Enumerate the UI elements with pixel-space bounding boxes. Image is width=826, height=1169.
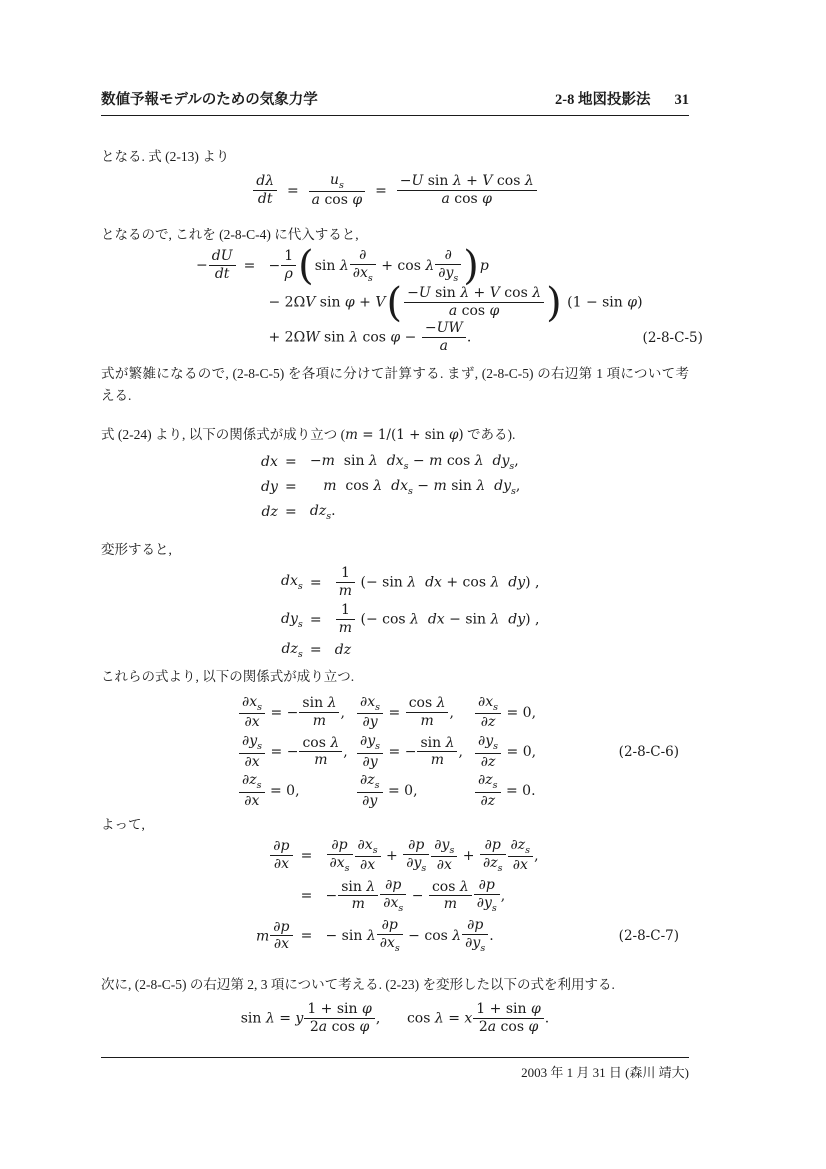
document-page: 数値予報モデルのための気象力学 2-8 地図投影法31 となる. 式 (2-13…: [0, 0, 826, 1169]
header-title: 数値予報モデルのための気象力学: [101, 88, 318, 109]
header-section: 2-8 地図投影法: [555, 92, 650, 108]
equation-rhs: + 2ΩW sin λ cos φ − −UWa.: [263, 321, 472, 354]
equals-sign: =: [301, 928, 313, 944]
equation-lhs: dz: [262, 504, 278, 520]
equation-lhs: ∂p∂x: [269, 839, 293, 872]
equation-lhs: dzs: [282, 641, 303, 660]
equation-cell: ∂xs∂x = −sin λm,: [238, 695, 356, 731]
equals-sign: =: [310, 575, 322, 591]
equation-rhs: −sin λm∂p∂xs − cos λm∂p∂ys,: [320, 878, 506, 914]
equation-dlambda-dt: dλdt = usa cos φ = −U sin λ + V cos λa c…: [101, 173, 689, 209]
equation-lhs: dx: [261, 454, 278, 470]
equation-2-8-C-5: −dUdt = −1ρ(sin λ∂∂xs + cos λ∂∂ys)p − 2Ω…: [101, 248, 689, 355]
page-number: 31: [675, 92, 690, 108]
equation-rhs: dzs.: [304, 503, 336, 522]
equation-cell: ∂ys∂z = 0,: [474, 734, 536, 770]
equation-cell: ∂zs∂y = 0,: [356, 773, 474, 809]
equals-sign: =: [301, 888, 313, 904]
equation-lhs: dy: [261, 479, 278, 495]
equals-sign: =: [285, 454, 297, 470]
equals-sign: =: [310, 612, 322, 628]
equation-rhs: − sin λ∂p∂xs − cos λ∂p∂ys.: [320, 918, 494, 954]
equation-lhs: −dUdt: [196, 249, 237, 282]
equals-sign: =: [244, 258, 256, 274]
equation-cell: ∂ys∂x = −cos λm,: [238, 734, 356, 770]
paragraph-3: 式が繁雑になるので, (2-8-C-5) を各項に分けて計算する. まず, (2…: [101, 363, 689, 406]
equation-cell: ∂xs∂y = cos λm,: [356, 695, 474, 731]
paragraph-5: 変形すると,: [101, 539, 689, 561]
equation-lhs: m∂p∂x: [256, 920, 294, 953]
paragraph-7: よって,: [101, 814, 689, 836]
footer-rule: [101, 1057, 689, 1058]
paragraph-1: となる. 式 (2-13) より: [101, 146, 689, 168]
equation-rhs: 1m (− cos λ dx − sin λ dy) ,: [329, 603, 540, 636]
equation-rhs: −1ρ(sin λ∂∂xs + cos λ∂∂ys)p: [263, 248, 489, 284]
footer-date: 2003 年 1 月 31 日 (森川 靖大): [101, 1062, 689, 1081]
equation-rhs: − 2ΩV sin φ + V(−U sin λ + V cos λa cos …: [263, 286, 643, 319]
equals-sign: =: [310, 642, 322, 658]
paragraph-4-post: である).: [464, 427, 516, 442]
equation-rhs: 1m (− sin λ dx + cos λ dy) ,: [329, 566, 540, 599]
equation-rhs: dz: [329, 642, 351, 658]
header-right: 2-8 地図投影法31: [555, 88, 689, 109]
paragraph-4: 式 (2-24) より, 以下の関係式が成り立つ (m = 1/(1 + sin…: [101, 424, 689, 447]
equation-sin-cos-lambda: sin λ = y1 + sin φ2a cos φ, cos λ = x1 +…: [101, 1002, 689, 1035]
inline-math-m-definition: m = 1/(1 + sin φ): [345, 427, 464, 443]
equation-cell: ∂xs∂z = 0,: [474, 695, 536, 731]
equation-tag: (2-8-C-5): [643, 330, 713, 346]
equation-tag: (2-8-C-7): [619, 928, 689, 944]
equation-cell: ∂zs∂x = 0,: [238, 773, 356, 809]
equation-dxs-dys-dzs: dxs = 1m (− sin λ dx + cos λ dy) , dys =…: [101, 566, 689, 659]
paragraph-6: これらの式より, 以下の関係式が成り立つ.: [101, 666, 689, 688]
equation-lhs: dys: [281, 611, 303, 630]
equation-dx-dy-dz: dx = −m sin λ dxs − m cos λ dys, dy = m …: [101, 453, 689, 521]
paragraph-2: となるので, これを (2-8-C-4) に代入すると,: [101, 224, 689, 246]
equals-sign: =: [285, 479, 297, 495]
paragraph-4-pre: 式 (2-24) より, 以下の関係式が成り立つ (: [101, 427, 345, 442]
equation-cell: ∂zs∂z = 0.: [474, 773, 536, 809]
equation-rhs: m cos λ dxs − m sin λ dys,: [304, 478, 521, 497]
equals-sign: =: [285, 504, 297, 520]
equals-sign: =: [301, 848, 313, 864]
equation-2-8-C-6: ∂xs∂x = −sin λm, ∂xs∂y = cos λm, ∂xs∂z =…: [101, 695, 689, 809]
page-header: 数値予報モデルのための気象力学 2-8 地図投影法31: [101, 88, 689, 116]
equation-cell: ∂ys∂y = −sin λm,: [356, 734, 474, 770]
paragraph-8: 次に, (2-8-C-5) の右辺第 2, 3 項について考える. (2-23)…: [101, 974, 689, 996]
equation-2-8-C-7: ∂p∂x = ∂p∂xs∂xs∂x + ∂p∂ys∂ys∂x + ∂p∂zs∂z…: [101, 838, 689, 954]
equation-rhs: −m sin λ dxs − m cos λ dys,: [304, 453, 519, 472]
equation-tag: (2-8-C-6): [619, 744, 679, 760]
equation-lhs: dxs: [281, 573, 303, 592]
equation-rhs: ∂p∂xs∂xs∂x + ∂p∂ys∂ys∂x + ∂p∂zs∂zs∂x,: [320, 838, 539, 874]
